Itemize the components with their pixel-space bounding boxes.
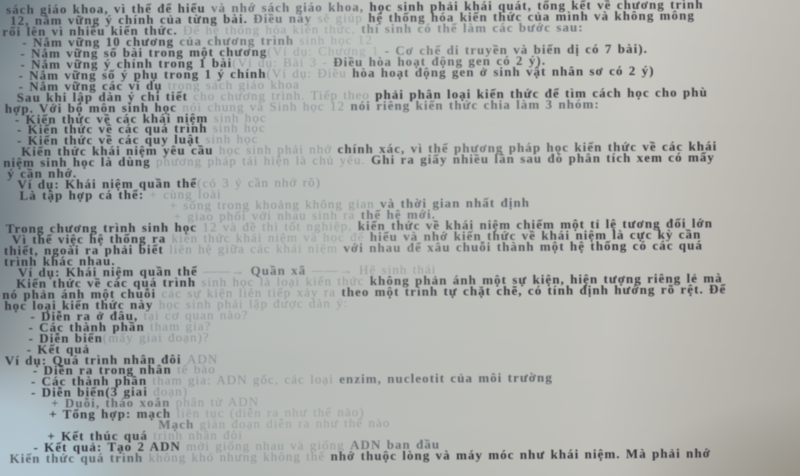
document-text: sách giáo khoa, vì thế để hiểu và nhớ sá… [0, 0, 800, 465]
text-segment: thí sinh có thể làm các bước sau: [361, 19, 584, 36]
text-segment: hòa hoạt động gen ở sinh vật nhân sơ có … [352, 63, 655, 80]
text-segment: enzim, nucleotit của môi trường [339, 370, 553, 387]
text-segment: không khó nhưng không thể [148, 448, 330, 464]
text-segment: liên hệ giữa các khái niệm [169, 240, 343, 256]
text-segment: nhớ thuộc lòng và máy móc như khái niệm.… [330, 446, 710, 464]
document-photo: sách giáo khoa, vì thế để hiểu và nhớ sá… [0, 0, 800, 476]
text-segment: theo một trình tự chặt chẽ, có tính định… [341, 281, 726, 299]
text-segment: Ghi ra giấy nhiều lần sau đó phân tích x… [371, 150, 715, 168]
text-segment: với nhau để xâu chuỗi thành một hệ thống… [343, 237, 703, 255]
text-segment: phương pháp tái hiện là chủ yếu. [156, 152, 371, 169]
text-segment: Kiến thức quá trình [10, 450, 149, 466]
text-segment: Là tập hợp cá thể: [19, 187, 149, 203]
text-line: Kiến thức quá trình không khó nhưng khôn… [4, 448, 800, 465]
text-segment: (mấy giai đoạn)? [103, 329, 210, 345]
text-segment: nói riêng kiến thức chia làm 3 nhóm: [350, 96, 600, 113]
